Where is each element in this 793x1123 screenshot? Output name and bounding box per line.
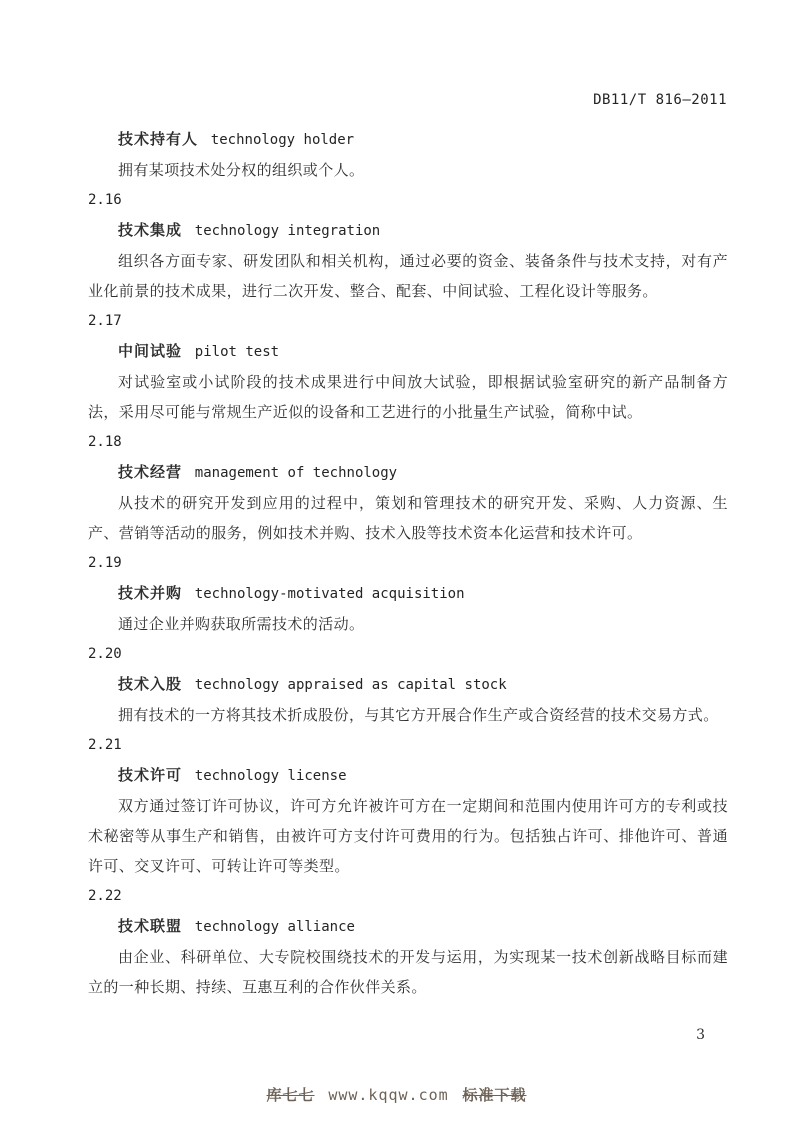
term-english: management of technology xyxy=(195,465,397,481)
term-english: technology integration xyxy=(195,223,380,239)
term-english: technology alliance xyxy=(195,919,355,935)
term-english: technology-motivated acquisition xyxy=(195,586,465,602)
term-block: 2.18 技术经营 management of technology 从技术的研… xyxy=(88,427,728,548)
term-english: technology license xyxy=(195,768,347,784)
watermark: 库七七 www.kqqw.com 标准下载 xyxy=(0,1084,793,1105)
term-english: pilot test xyxy=(195,344,279,360)
term-block: 技术持有人 technology holder 拥有某项技术处分权的组织或个人。 xyxy=(88,124,728,185)
term-line: 技术集成 technology integration xyxy=(88,215,728,246)
term-chinese: 技术入股 xyxy=(118,675,182,693)
term-definition: 双方通过签订许可协议，许可方允许被许可方在一定期间和范围内使用许可方的专利或技术… xyxy=(88,791,728,881)
watermark-site-name: 库七七 xyxy=(267,1086,315,1104)
term-block: 2.21 技术许可 technology license 双方通过签订许可协议，… xyxy=(88,730,728,881)
term-definition: 从技术的研究开发到应用的过程中，策划和管理技术的研究开发、采购、人力资源、生产、… xyxy=(88,488,728,548)
page-number: 3 xyxy=(696,1027,705,1043)
standard-number-header: DB11/T 816—2011 xyxy=(593,92,727,108)
term-chinese: 技术并购 xyxy=(118,584,182,602)
term-chinese: 技术许可 xyxy=(118,766,182,784)
term-line: 中间试验 pilot test xyxy=(88,336,728,367)
section-number: 2.18 xyxy=(88,427,728,457)
watermark-caption: 标准下载 xyxy=(462,1086,526,1104)
watermark-url: www.kqqw.com xyxy=(328,1086,448,1104)
term-line: 技术联盟 technology alliance xyxy=(88,911,728,942)
term-chinese: 中间试验 xyxy=(118,342,182,360)
term-line: 技术经营 management of technology xyxy=(88,457,728,488)
term-block: 2.19 技术并购 technology-motivated acquisiti… xyxy=(88,548,728,639)
term-block: 2.20 技术入股 technology appraised as capita… xyxy=(88,639,728,730)
term-block: 2.22 技术联盟 technology alliance 由企业、科研单位、大… xyxy=(88,881,728,1002)
term-line: 技术许可 technology license xyxy=(88,760,728,791)
term-chinese: 技术经营 xyxy=(118,463,182,481)
term-chinese: 技术集成 xyxy=(118,221,182,239)
section-number: 2.16 xyxy=(88,185,728,215)
term-definition: 拥有技术的一方将其技术折成股份，与其它方开展合作生产或合资经营的技术交易方式。 xyxy=(88,700,728,730)
term-definition: 拥有某项技术处分权的组织或个人。 xyxy=(88,155,728,185)
section-number: 2.20 xyxy=(88,639,728,669)
term-chinese: 技术联盟 xyxy=(118,917,182,935)
term-definition: 对试验室或小试阶段的技术成果进行中间放大试验，即根据试验室研究的新产品制备方法，… xyxy=(88,367,728,427)
section-number: 2.19 xyxy=(88,548,728,578)
document-body: 技术持有人 technology holder 拥有某项技术处分权的组织或个人。… xyxy=(88,124,728,1002)
term-line: 技术入股 technology appraised as capital sto… xyxy=(88,669,728,700)
term-definition: 通过企业并购获取所需技术的活动。 xyxy=(88,609,728,639)
document-page: DB11/T 816—2011 技术持有人 technology holder … xyxy=(0,0,793,1123)
term-line: 技术并购 technology-motivated acquisition xyxy=(88,578,728,609)
term-english: technology holder xyxy=(211,132,354,148)
section-number: 2.17 xyxy=(88,306,728,336)
section-number: 2.21 xyxy=(88,730,728,760)
term-english: technology appraised as capital stock xyxy=(195,677,507,693)
term-chinese: 技术持有人 xyxy=(118,130,198,148)
term-line: 技术持有人 technology holder xyxy=(88,124,728,155)
section-number: 2.22 xyxy=(88,881,728,911)
term-definition: 组织各方面专家、研发团队和相关机构，通过必要的资金、装备条件与技术支持，对有产业… xyxy=(88,246,728,306)
term-definition: 由企业、科研单位、大专院校围绕技术的开发与运用，为实现某一技术创新战略目标而建立… xyxy=(88,942,728,1002)
term-block: 2.16 技术集成 technology integration 组织各方面专家… xyxy=(88,185,728,306)
term-block: 2.17 中间试验 pilot test 对试验室或小试阶段的技术成果进行中间放… xyxy=(88,306,728,427)
